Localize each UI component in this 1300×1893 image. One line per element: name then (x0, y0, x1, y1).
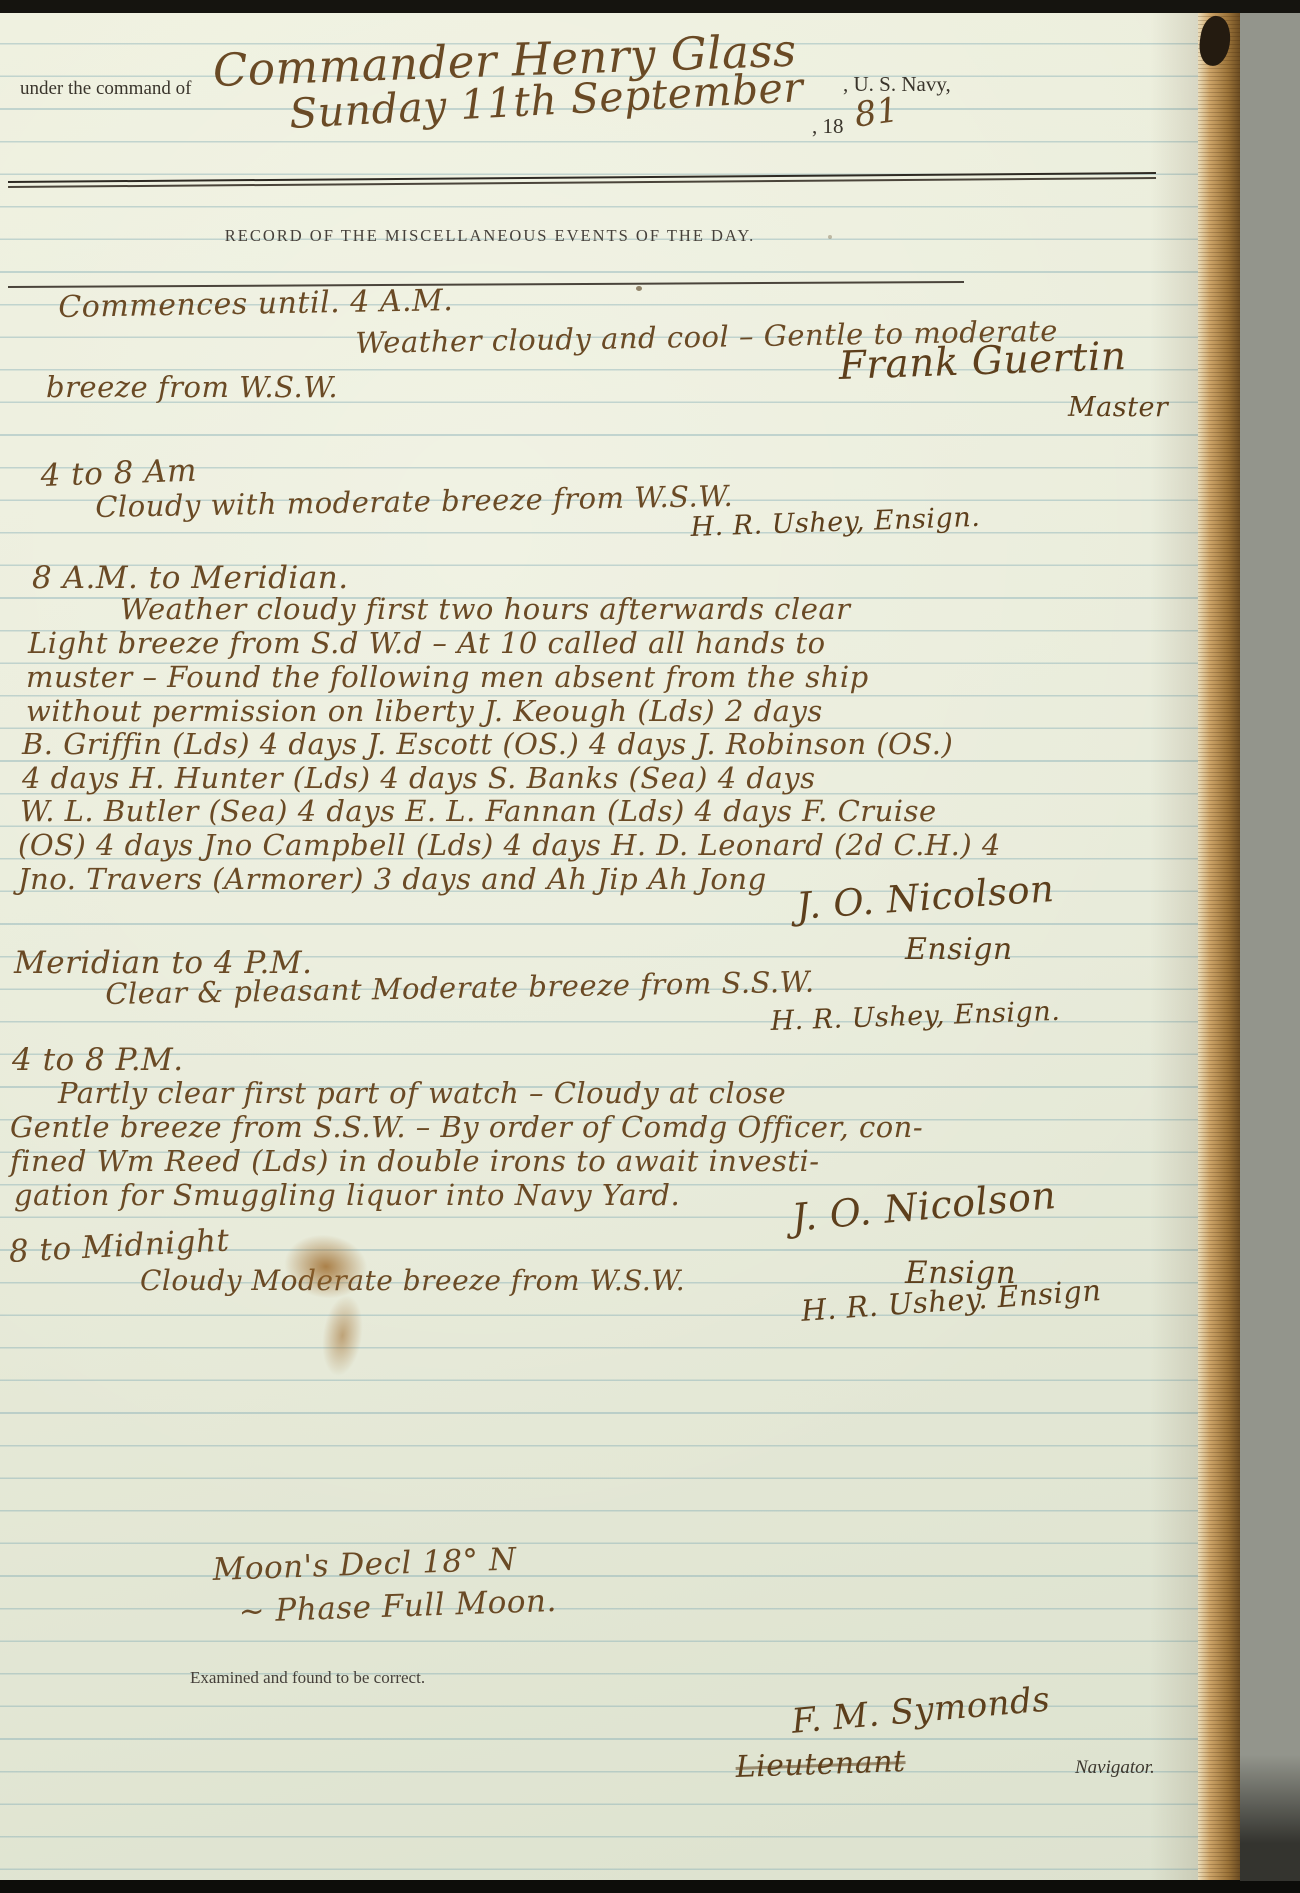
section-heading: RECORD OF THE MISCELLANEOUS EVENTS OF TH… (10, 226, 970, 246)
log-line: Light breeze from S.d W.d – At 10 called… (28, 626, 826, 660)
log-line: breeze from W.S.W. (46, 370, 338, 404)
signature-rank: Ensign (996, 1273, 1102, 1314)
log-line: (OS) 4 days Jno Campbell (Lds) 4 days H.… (18, 828, 1001, 862)
watch-entry-heading: Commences until. 4 A.M. (58, 283, 454, 325)
signature-rank: Ensign. (873, 502, 980, 537)
page-gutter-shadow (1150, 12, 1198, 1881)
log-line: Gentle breeze from S.S.W. – By order of … (10, 1110, 923, 1144)
signature-name: H. R. Ushey, (690, 506, 865, 543)
command-prefix-label: under the command of (20, 78, 191, 100)
watch-entry-heading: 4 to 8 P.M. (12, 1042, 184, 1078)
ink-speck (828, 235, 832, 239)
log-line: muster – Found the following men absent … (26, 660, 869, 694)
signature-name: H. R. Ushey, (770, 1000, 945, 1037)
top-edge-strip (0, 0, 1300, 13)
log-line: without permission on liberty J. Keough … (26, 694, 823, 728)
log-line: Cloudy Moderate breeze from W.S.W. (140, 1264, 685, 1297)
ink-speck (636, 286, 642, 291)
navy-suffix-label: , U. S. Navy, (843, 72, 951, 97)
log-line: Weather cloudy first two hours afterward… (120, 592, 851, 626)
log-line: W. L. Butler (Sea) 4 days E. L. Fannan (… (20, 794, 937, 828)
watch-entry-heading: 8 A.M. to Meridian. (32, 560, 349, 596)
log-line: fined Wm Reed (Lds) in double irons to a… (10, 1144, 820, 1178)
rank-script: Master (1068, 392, 1168, 423)
log-line: B. Griffin (Lds) 4 days J. Escott (OS.) … (22, 727, 953, 761)
signature-rank: Ensign. (953, 996, 1060, 1031)
log-line: Jno. Travers (Armorer) 3 days and Ah Jip… (18, 862, 767, 896)
rank-script: Ensign (905, 932, 1013, 967)
book-fore-edge (1198, 12, 1240, 1881)
navigator-rank-script: Lieutenant (735, 1744, 906, 1785)
log-line: 4 days H. Hunter (Lds) 4 days S. Banks (… (22, 761, 816, 795)
examined-label: Examined and found to be correct. (190, 1668, 425, 1688)
log-line: gation for Smuggling liquor into Navy Ya… (14, 1178, 680, 1212)
year-prefix-label: , 18 (812, 114, 844, 139)
year-script: 81 (852, 90, 901, 136)
bottom-edge-strip (0, 1880, 1300, 1893)
bottom-right-shade (1240, 1755, 1300, 1881)
navigator-label: Navigator. (1075, 1757, 1155, 1779)
logbook-scan: { "header": { "command_prefix": "under t… (0, 0, 1300, 1893)
log-line: Partly clear first part of watch – Cloud… (58, 1076, 786, 1110)
